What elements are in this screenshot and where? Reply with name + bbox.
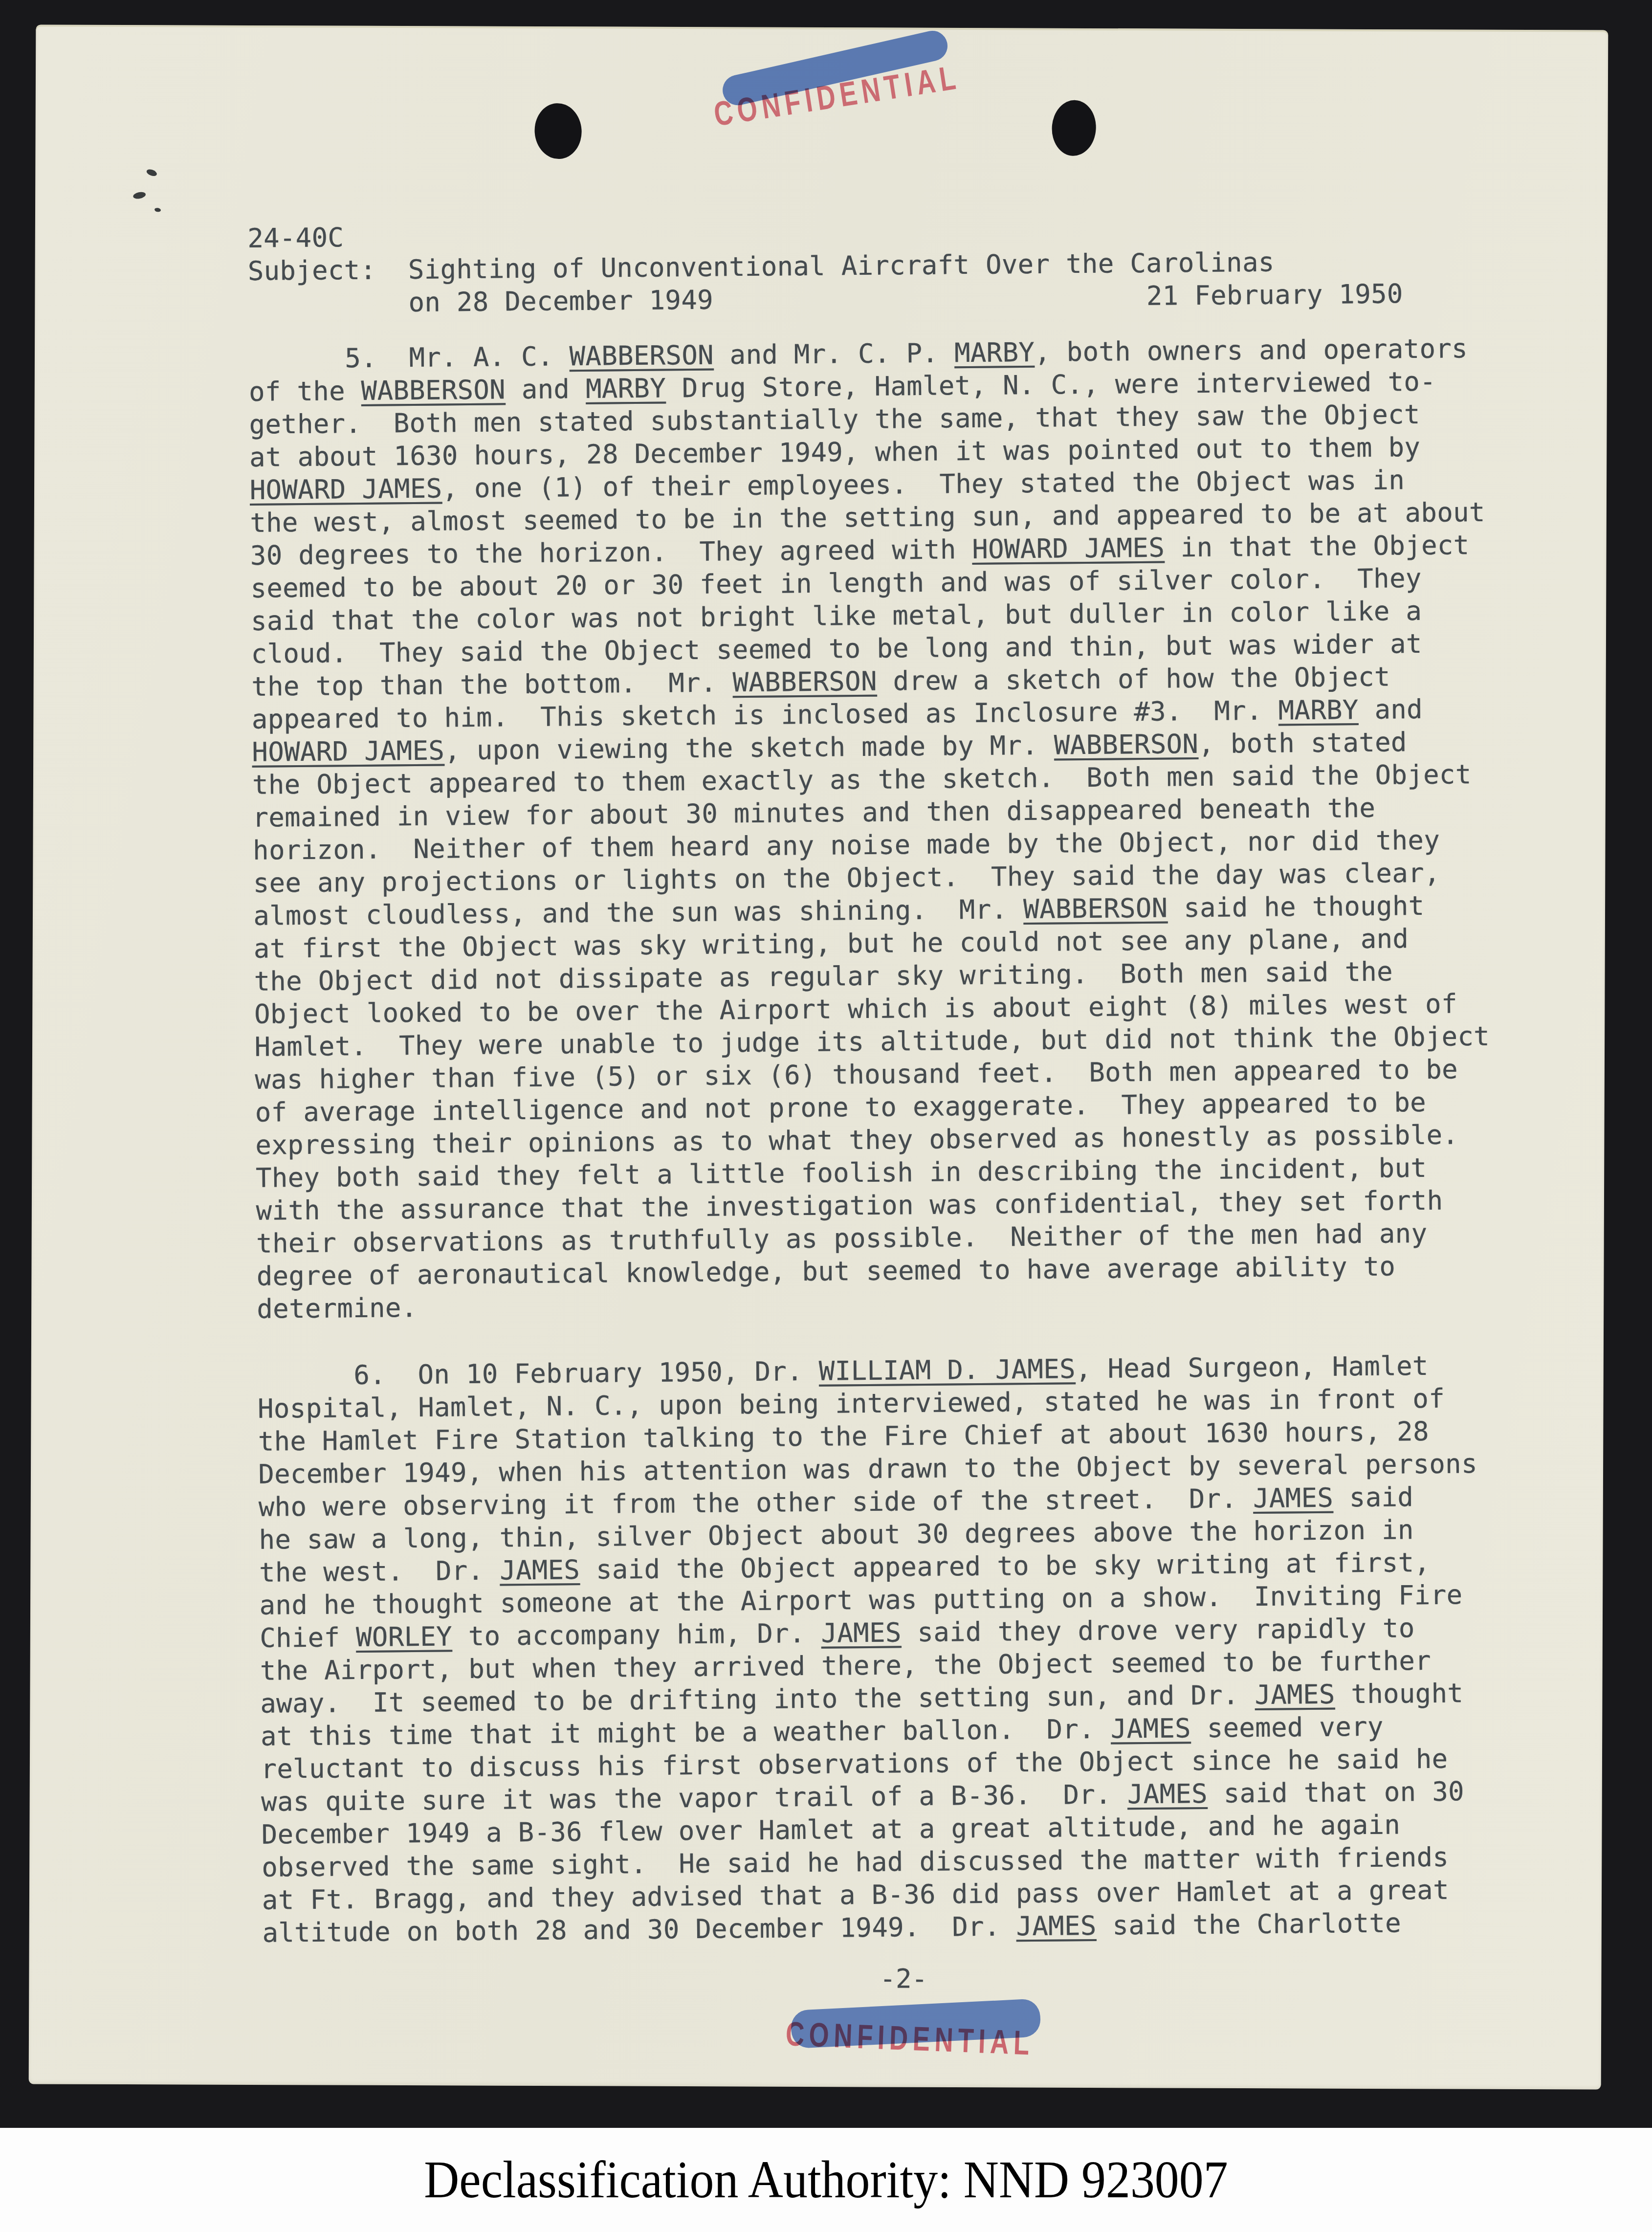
hole-punch-right — [1051, 99, 1098, 157]
ink-speck — [146, 168, 158, 177]
hole-punch-left — [533, 102, 583, 160]
ink-speck — [154, 207, 161, 212]
typewritten-text: 24-40CSubject: Sighting of Unconventiona… — [247, 211, 1543, 1949]
document-header: 24-40CSubject: Sighting of Unconventiona… — [247, 211, 1529, 320]
scanned-document-screenshot: { "colors": { "bg-black": "#18181b", "pa… — [0, 0, 1652, 2232]
declassification-text: Declassification Authority: NND 923007 — [424, 2150, 1228, 2210]
paragraph-6: 6. On 10 February 1950, Dr. WILLIAM D. J… — [257, 1348, 1543, 1949]
page-number: -2- — [855, 1962, 952, 1995]
ink-speck — [132, 191, 146, 200]
document-page: CONFIDENTIAL 24-40CSubject: Sighting of … — [29, 24, 1608, 2089]
paragraph-5: 5. Mr. A. C. WABBERSON and Mr. C. P. MAR… — [248, 331, 1538, 1326]
declassification-banner: Declassification Authority: NND 923007 — [0, 2128, 1652, 2232]
